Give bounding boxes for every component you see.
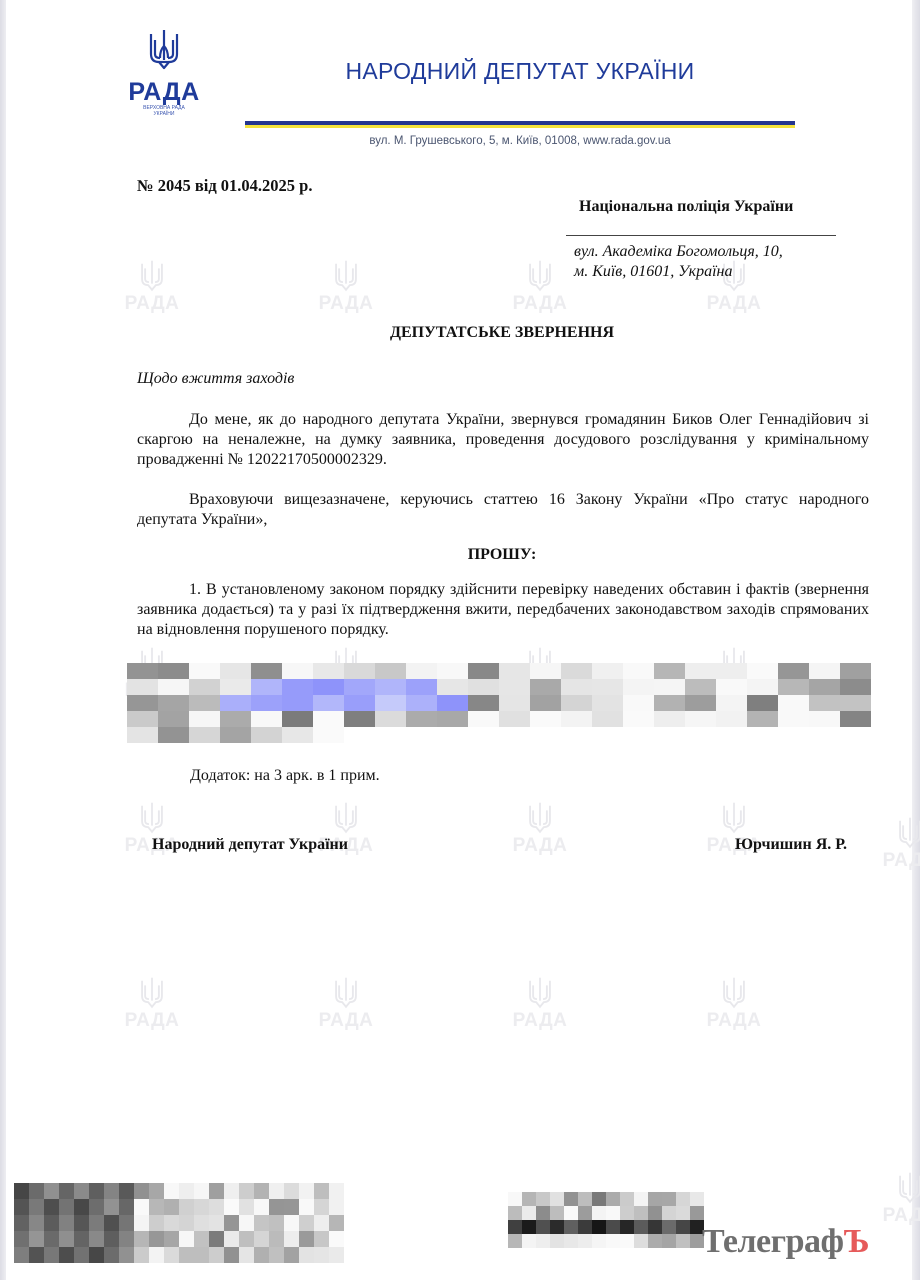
rada-watermark: РАДА <box>510 800 570 861</box>
reference-number: № 2045 від 01.04.2025 р. <box>137 176 312 196</box>
tryzub-icon <box>139 975 165 1011</box>
recipient-underline <box>566 235 836 236</box>
rada-watermark: РАДА <box>122 258 182 319</box>
paragraph-complaint: До мене, як до народного депутата Україн… <box>137 410 869 470</box>
logo-subtitle-2: УКРАЇНИ <box>124 111 204 117</box>
publisher-name: Телеграф <box>702 1223 844 1260</box>
rada-watermark: РАДА <box>316 975 376 1036</box>
tryzub-icon <box>527 975 553 1011</box>
rada-watermark: РАДА <box>316 258 376 319</box>
rada-watermark: РАДА <box>704 975 764 1036</box>
attachment-note: Додаток: на 3 арк. в 1 прим. <box>190 766 380 786</box>
page-edge-left <box>0 0 6 1280</box>
letterhead-title: НАРОДНИЙ ДЕПУТАТ УКРАЇНИ <box>245 58 795 85</box>
rada-watermark: РАДА <box>510 975 570 1036</box>
tryzub-icon <box>333 975 359 1011</box>
redacted-footer-right <box>508 1192 704 1248</box>
publisher-watermark: ТелеграфЪ <box>702 1222 869 1262</box>
letterhead-rule-yellow <box>245 125 795 128</box>
signature-name: Юрчишин Я. Р. <box>735 835 847 855</box>
tryzub-icon <box>139 258 165 294</box>
document-title: ДЕПУТАТСЬКЕ ЗВЕРНЕННЯ <box>137 323 867 343</box>
logo-word: РАДА <box>124 79 204 105</box>
tryzub-icon <box>147 28 181 72</box>
subject-line: Щодо вжиття заходів <box>137 369 294 389</box>
publisher-accent: Ъ <box>844 1223 870 1260</box>
letterhead-address: вул. М. Грушевського, 5, м. Київ, 01008,… <box>245 135 795 147</box>
tryzub-icon <box>527 800 553 836</box>
tryzub-icon <box>333 800 359 836</box>
request-heading: ПРОШУ: <box>137 545 867 565</box>
rada-watermark: РАДА <box>122 975 182 1036</box>
tryzub-icon <box>721 800 747 836</box>
redacted-footer-left <box>14 1183 344 1263</box>
rada-logo: РАДА ВЕРХОВНА РАДА УКРАЇНИ <box>124 28 204 117</box>
signature-role: Народний депутат України <box>152 835 348 855</box>
recipient-address-line1: вул. Академіка Богомольця, 10, <box>574 242 783 262</box>
redacted-paragraph <box>127 663 871 727</box>
recipient-name: Національна поліція України <box>579 197 793 217</box>
tryzub-icon <box>527 258 553 294</box>
tryzub-icon <box>333 258 359 294</box>
rada-watermark: РАДА <box>510 258 570 319</box>
tryzub-icon <box>721 975 747 1011</box>
recipient-address-line2: м. Київ, 01601, Україна <box>574 262 732 282</box>
paragraph-legal-basis: Враховуючи вищезазначене, керуючись стат… <box>137 490 869 530</box>
tryzub-icon <box>139 800 165 836</box>
redacted-paragraph-tail <box>127 727 344 743</box>
request-item-1: 1. В установленому законом порядку здійс… <box>137 580 869 640</box>
page-edge-right <box>912 0 920 1280</box>
